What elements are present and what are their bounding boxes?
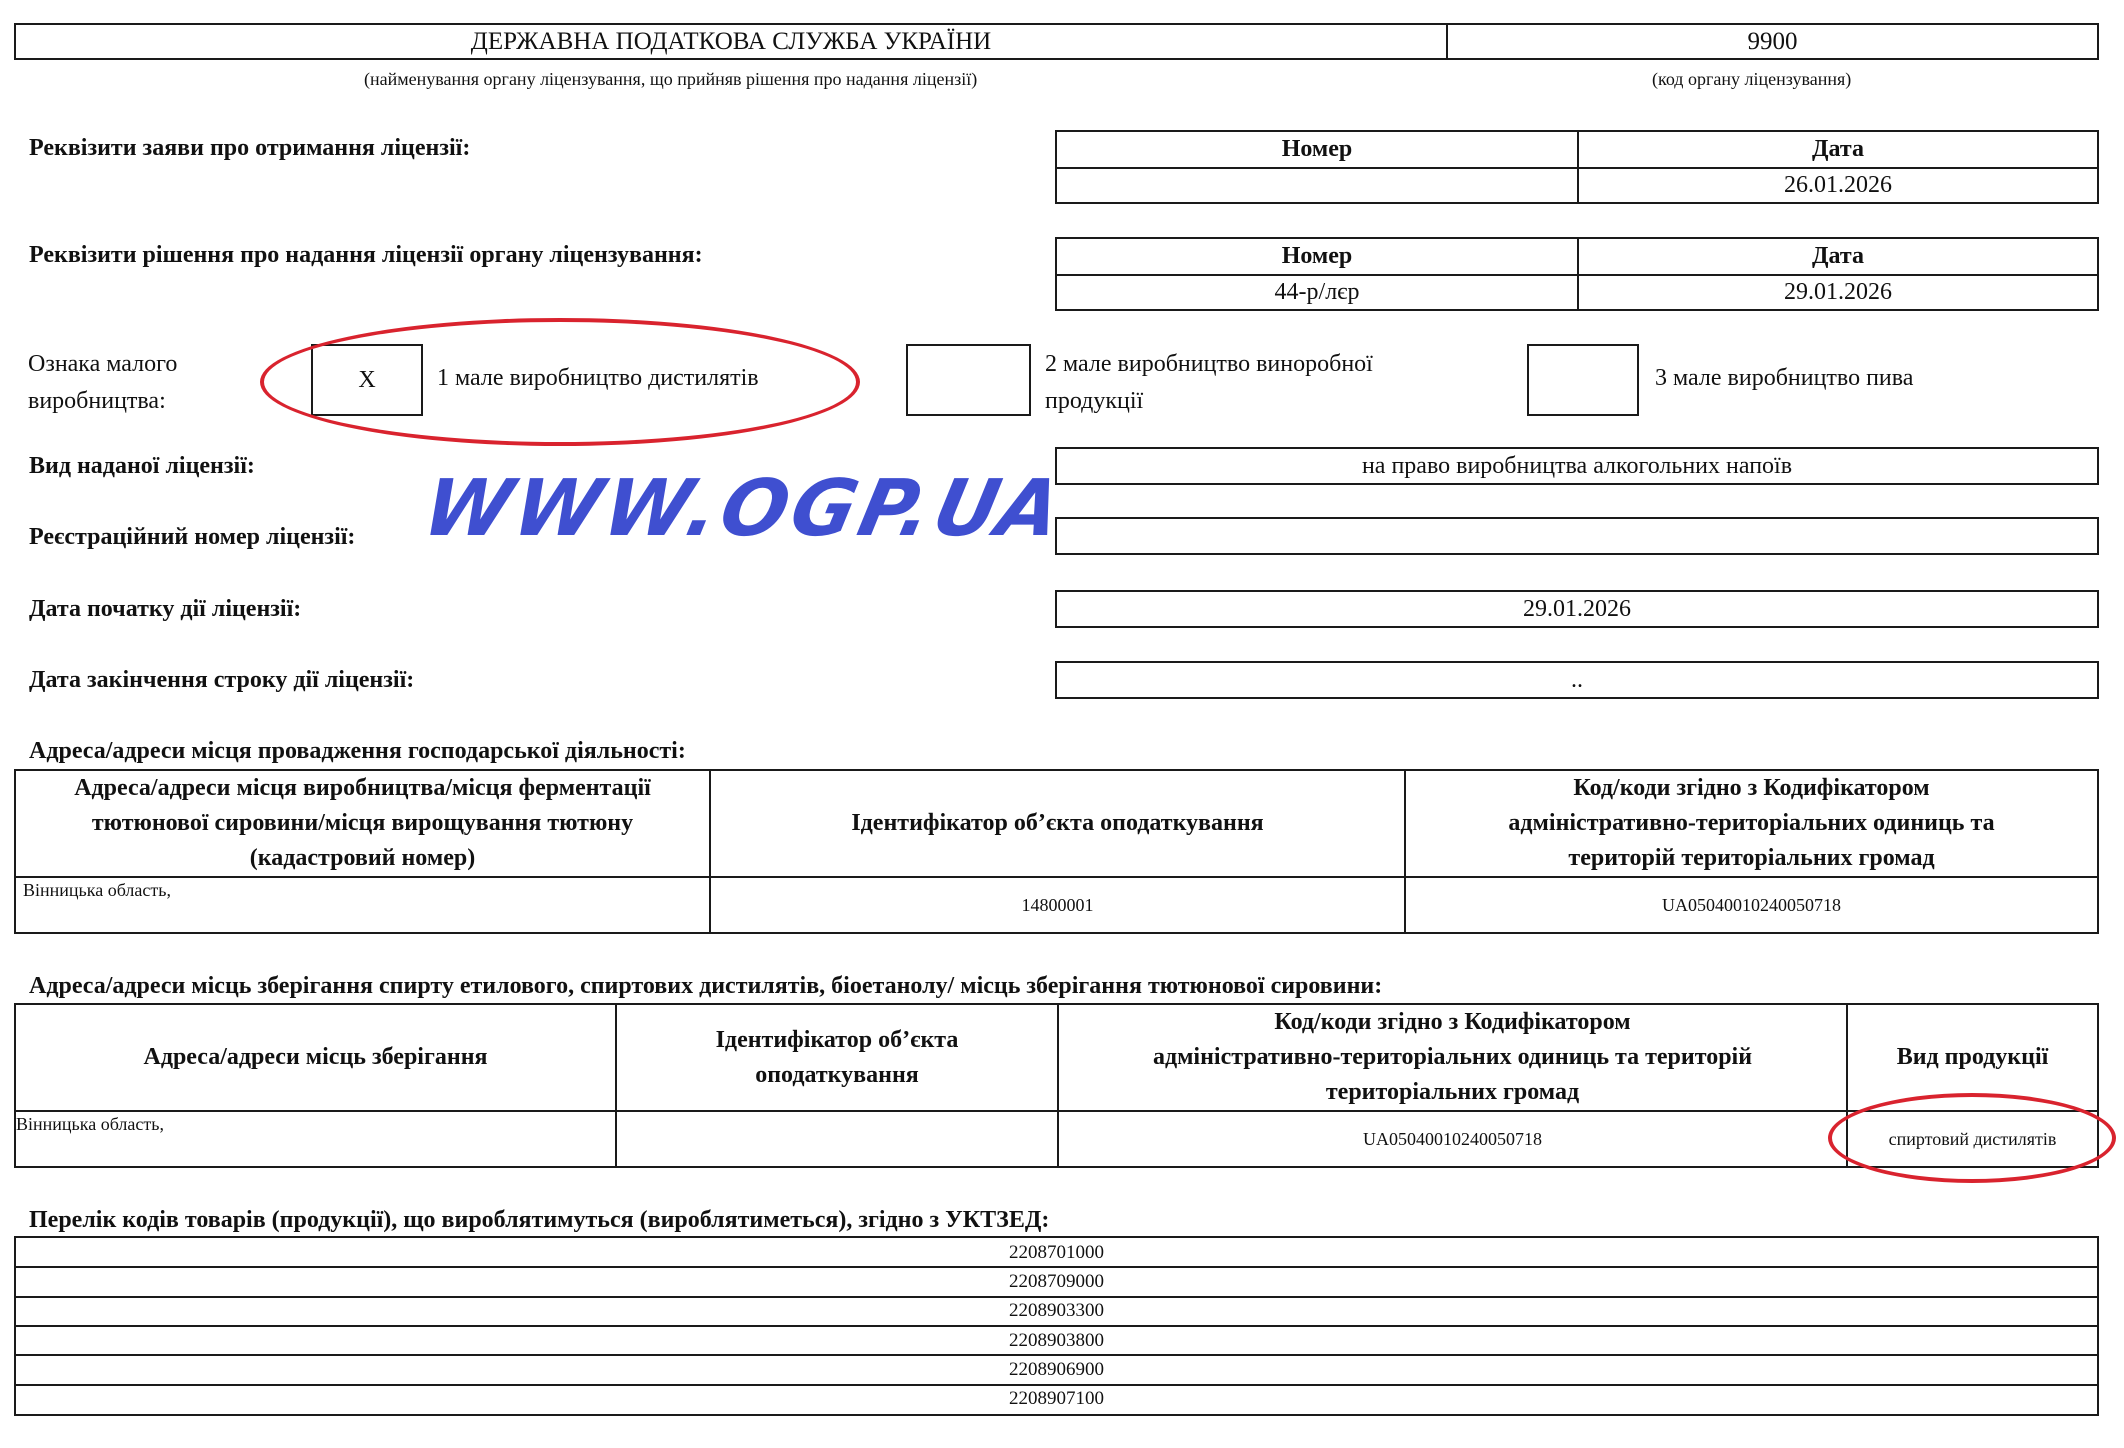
uktzed-code-row: 2208903300 [16,1297,2097,1326]
authority-code-caption: (код органу ліцензування) [1652,69,1851,90]
license-start-date-field: 29.01.2026 [1055,590,2099,628]
row-divider [16,1354,2097,1356]
small-production-label-line2: виробництва: [28,383,177,420]
small-production-checkbox-3[interactable] [1527,344,1639,416]
row-divider [16,1384,2097,1386]
storage-row-product-type: спиртовий дистилятів [1848,1112,2097,1166]
decision-number-header: Номер [1057,239,1577,274]
authority-name-caption: (найменування органу ліцензування, що пр… [364,69,977,90]
uktzed-codes-list: 2208701000220870900022089033002208903800… [14,1236,2099,1416]
row-divider [16,1325,2097,1327]
small-production-label: Ознака малого виробництва: [28,346,177,420]
business-addresses-table: Адреса/адреси місця виробництва/місця фе… [14,769,2099,934]
storage-col-address-header: Адреса/адреси місць зберігання [16,1005,615,1110]
storage-row-taxobj [617,1112,1057,1166]
decision-label: Реквізити рішення про надання ліцензії о… [29,242,703,269]
license-end-date-field: .. [1055,661,2099,699]
business-row-code: UA05040010240050718 [1406,878,2097,932]
license-start-date-label: Дата початку дії ліцензії: [29,596,301,623]
uktzed-code-row: 2208709000 [16,1267,2097,1296]
authority-name: ДЕРЖАВНА ПОДАТКОВА СЛУЖБА УКРАЇНИ [16,25,1446,58]
application-number [1057,168,1577,202]
storage-addresses-table: Адреса/адреси місць зберігання Ідентифік… [14,1003,2099,1168]
row-divider [16,1296,2097,1298]
business-col-taxobj-header: Ідентифікатор об’єкта оподаткування [711,771,1404,876]
business-row-taxobj: 14800001 [711,878,1404,932]
uktzed-code-row: 2208701000 [16,1238,2097,1267]
storage-col-product-header: Вид продукції [1848,1005,2097,1110]
business-col-address-header: Адреса/адреси місця виробництва/місця фе… [16,771,709,876]
uktzed-code-row: 2208903800 [16,1326,2097,1355]
license-type-field: на право виробництва алкогольних напоїв [1055,447,2099,485]
authority-header: ДЕРЖАВНА ПОДАТКОВА СЛУЖБА УКРАЇНИ 9900 [14,23,2099,60]
application-number-header: Номер [1057,132,1577,167]
business-addresses-title: Адреса/адреси місця провадження господар… [29,738,686,765]
storage-col-taxobj-header: Ідентифікатор об’єкта оподаткування [617,1005,1057,1110]
license-reg-number-field [1055,517,2099,555]
license-type-label: Вид наданої ліцензії: [29,453,255,480]
small-production-option-2-line2: продукції [1045,383,1373,420]
application-date-header: Дата [1579,132,2097,167]
authority-code: 9900 [1448,25,2097,58]
decision-number: 44-р/лєр [1057,275,1577,309]
application-label: Реквізити заяви про отримання ліцензії: [29,135,470,162]
storage-addresses-title: Адреса/адреси місць зберігання спирту ет… [29,973,1382,1000]
small-production-option-2-text: 2 мале виробництво виноробної продукції [1045,346,1373,420]
uktzed-code-row: 2208907100 [16,1385,2097,1414]
row-divider [16,1266,2097,1268]
application-date: 26.01.2026 [1579,168,2097,202]
uktzed-code-row: 2208906900 [16,1355,2097,1384]
business-col-code-header: Код/коди згідно з Кодифікатором адмініст… [1406,771,2097,876]
storage-col-code-header: Код/коди згідно з Кодифікатором адмініст… [1059,1005,1846,1110]
small-production-option-2-line1: 2 мале виробництво виноробної [1045,346,1373,383]
decision-date-header: Дата [1579,239,2097,274]
uktzed-title: Перелік кодів товарів (продукції), що ви… [29,1207,1049,1234]
application-table: Номер Дата 26.01.2026 [1055,130,2099,204]
small-production-option-1-text: 1 мале виробництво дистилятів [437,365,759,392]
business-row-address: Вінницька область, [23,880,171,901]
small-production-option-3-text: 3 мале виробництво пива [1655,365,1913,392]
license-end-date-label: Дата закінчення строку дії ліцензії: [29,667,414,694]
storage-row-code: UA05040010240050718 [1059,1112,1846,1166]
license-reg-number-label: Реєстраційний номер ліцензії: [29,524,355,551]
decision-table: Номер Дата 44-р/лєр 29.01.2026 [1055,237,2099,311]
small-production-checkbox-2[interactable] [906,344,1031,416]
storage-row-address: Вінницька область, [16,1114,164,1135]
small-production-checkbox-1[interactable]: X [311,344,423,416]
decision-date: 29.01.2026 [1579,275,2097,309]
small-production-label-line1: Ознака малого [28,346,177,383]
watermark-logo: WWW.OGP.UA [415,464,1072,554]
